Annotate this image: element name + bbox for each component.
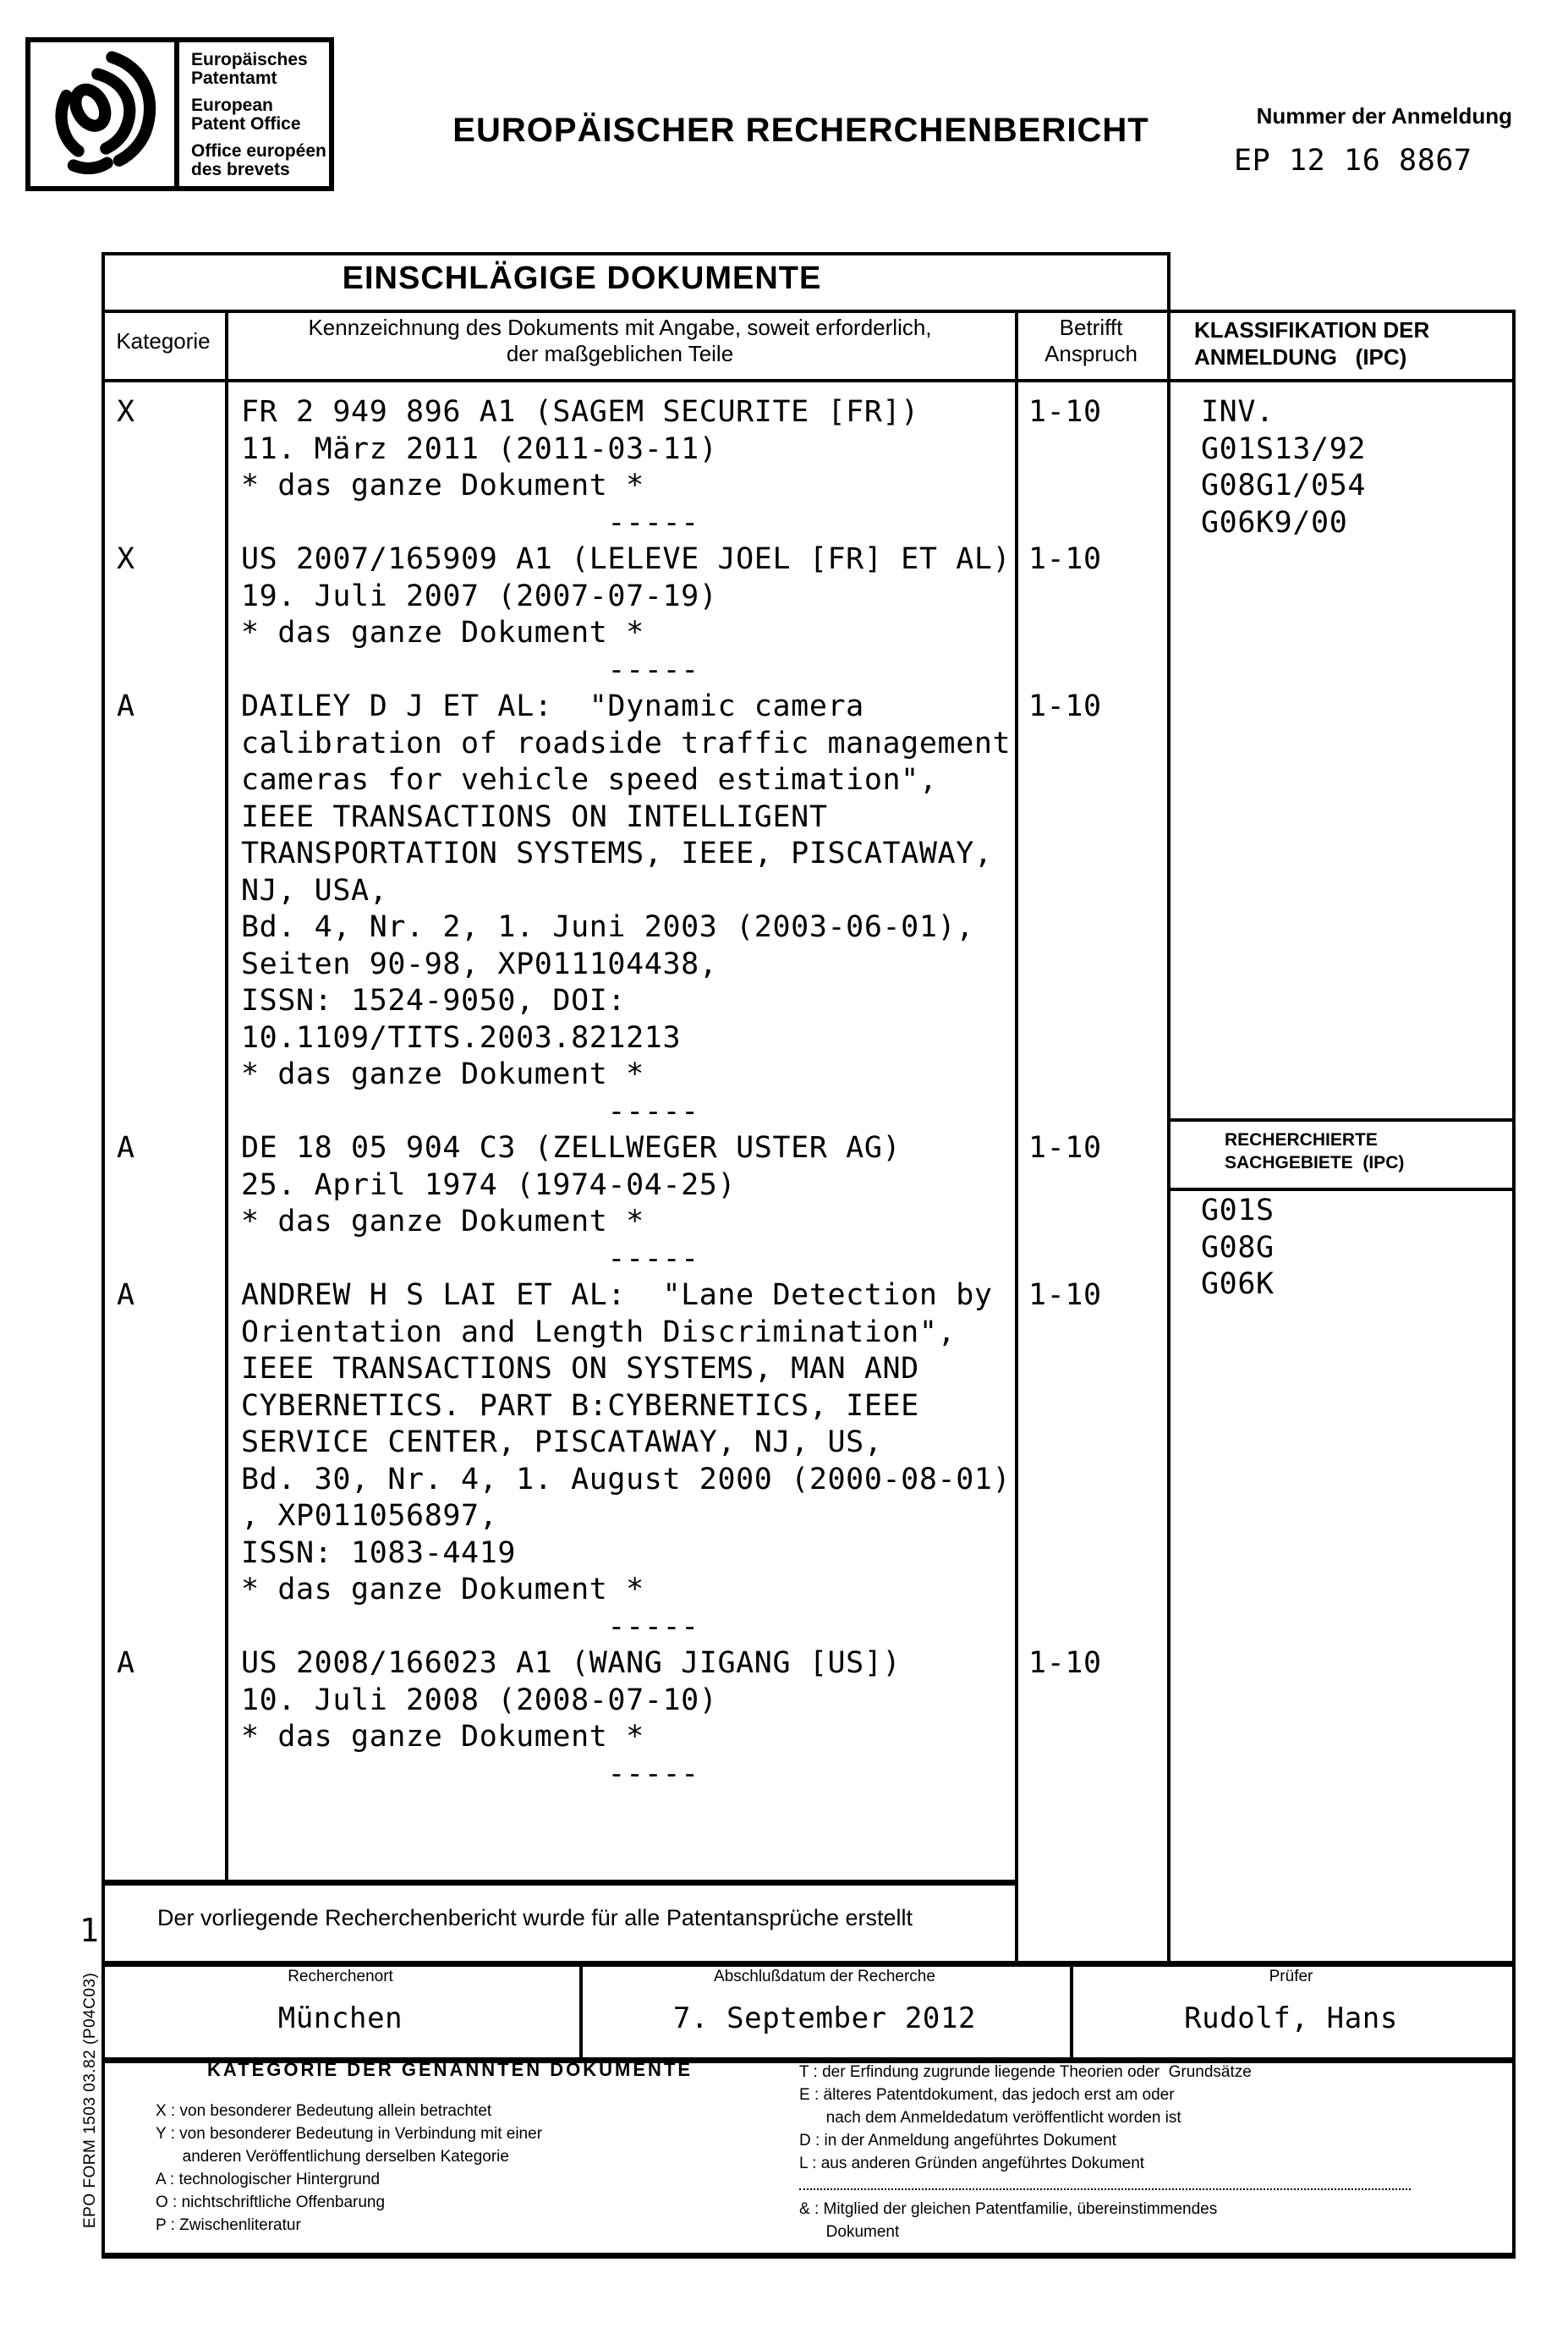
office-name-line: Patentamt	[191, 69, 329, 88]
document-line: US 2007/165909 A1 (LELEVE JOEL [FR] ET A…	[241, 541, 1011, 579]
claims-ref: 1-10	[1028, 1645, 1102, 1683]
document-line: Bd. 30, Nr. 4, 1. August 2000 (2000-08-0…	[241, 1462, 1011, 1499]
search-place-label: Recherchenort	[101, 1968, 579, 1986]
searched-box-bottom-border	[1167, 1188, 1512, 1191]
application-number-label: Nummer der Anmeldung	[1184, 103, 1512, 129]
claims-column-divider	[1015, 310, 1018, 1961]
document-line: * das ganze Dokument *	[241, 468, 1011, 505]
search-report-page: EuropäischesPatentamtEuropeanPatent Offi…	[0, 0, 1568, 2328]
document-line: cameras for vehicle speed estimation",	[241, 762, 1011, 799]
ipc-class-code: G08G	[1201, 1230, 1275, 1267]
category-marker: X	[117, 541, 135, 579]
col-header-claims-line2: Anspruch	[1015, 341, 1167, 367]
application-number: EP 12 16 8867	[1234, 144, 1472, 178]
ipc-class-code: G06K	[1201, 1266, 1275, 1304]
document-line: TRANSPORTATION SYSTEMS, IEEE, PISCATAWAY…	[241, 836, 1011, 873]
document-lines: FR 2 949 896 A1 (SAGEM SECURITE [FR])11.…	[241, 394, 1011, 1793]
legend-item: E : älteres Patentdokument, das jedoch e…	[799, 2084, 1252, 2106]
inv-label: INV.	[1201, 394, 1366, 431]
document-line: 11. März 2011 (2011-03-11)	[241, 431, 1011, 469]
table-bottom-border	[101, 2253, 1516, 2259]
claims-ref: 1-10	[1028, 394, 1102, 431]
content-bottom-border	[101, 1880, 1018, 1886]
document-line: IEEE TRANSACTIONS ON SYSTEMS, MAN AND	[241, 1351, 1011, 1388]
search-place: München	[101, 2001, 579, 2035]
col-header-classification: KLASSIFIKATION DER ANMELDUNG (IPC)	[1194, 316, 1429, 371]
col-header-claims: Betrifft Anspruch	[1015, 315, 1167, 367]
document-line: calibration of roadside traffic manageme…	[241, 726, 1011, 763]
searched-fields-header-line2: SACHGEBIETE (IPC)	[1225, 1151, 1404, 1174]
document-line: FR 2 949 896 A1 (SAGEM SECURITE [FR])	[241, 394, 1011, 431]
category-marker: X	[117, 394, 135, 431]
col-header-classification-line1: KLASSIFIKATION DER	[1194, 316, 1429, 343]
legend-right-items: T : der Erfindung zugrunde liegende Theo…	[799, 2061, 1252, 2243]
category-marker: A	[117, 1645, 135, 1683]
document-line: ANDREW H S LAI ET AL: "Lane Detection by	[241, 1277, 1011, 1315]
claims-ref: 1-10	[1028, 689, 1102, 726]
document-line: DAILEY D J ET AL: "Dynamic camera	[241, 689, 1011, 726]
completion-note: Der vorliegende Recherchenbericht wurde …	[157, 1905, 913, 1931]
legend-heading: KATEGORIE DER GENANNTEN DOKUMENTE	[207, 2059, 693, 2081]
classification-inv-block: INV. G01S13/92G08G1/054G06K9/00	[1201, 394, 1366, 541]
entry-separator: -----	[241, 1094, 1011, 1131]
document-line: * das ganze Dokument *	[241, 1572, 1011, 1609]
classification-column-divider	[1167, 252, 1171, 1961]
col-header-classification-line2: ANMELDUNG (IPC)	[1194, 343, 1429, 371]
col-header-category: Kategorie	[101, 328, 225, 354]
office-name: EuropäischesPatentamt	[191, 51, 329, 88]
document-line: ISSN: 1083-4419	[241, 1535, 1011, 1573]
epo-logo-box: EuropäischesPatentamtEuropeanPatent Offi…	[25, 37, 334, 191]
entry-separator: -----	[241, 505, 1011, 542]
examiner: Rudolf, Hans	[1070, 2001, 1512, 2035]
legend-item: P : Zwischenliteratur	[156, 2214, 542, 2237]
table-top-border	[101, 252, 1171, 255]
document-line: Bd. 4, Nr. 2, 1. Juni 2003 (2003-06-01),	[241, 909, 1011, 947]
category-marker: A	[117, 1277, 135, 1315]
ipc-code: G01S13/92	[1201, 431, 1366, 469]
category-column-divider	[225, 310, 228, 1880]
entry-separator: -----	[241, 1609, 1011, 1646]
searched-codes: G01SG08GG06K	[1201, 1193, 1275, 1304]
legend-item: D : in der Anmeldung angeführtes Dokumen…	[799, 2129, 1252, 2152]
relevant-documents-title: EINSCHLÄGIGE DOKUMENTE	[101, 261, 1062, 297]
sheet-number: 1	[79, 1912, 99, 1949]
document-line: CYBERNETICS. PART B:CYBERNETICS, IEEE	[241, 1388, 1011, 1425]
document-line: 19. Juli 2007 (2007-07-19)	[241, 579, 1011, 616]
legend-item: T : der Erfindung zugrunde liegende Theo…	[799, 2061, 1252, 2084]
office-name-line: des brevets	[191, 161, 329, 179]
category-marker: A	[117, 689, 135, 726]
document-line: * das ganze Dokument *	[241, 1057, 1011, 1094]
document-line: * das ganze Dokument *	[241, 615, 1011, 652]
category-marker: A	[117, 1130, 135, 1167]
document-line: SERVICE CENTER, PISCATAWAY, NJ, US,	[241, 1425, 1011, 1462]
note-row-bottom-border	[101, 1961, 1516, 1967]
document-line: * das ganze Dokument *	[241, 1719, 1011, 1756]
col-header-citation: Kennzeichnung des Dokuments mit Angabe, …	[225, 315, 1015, 367]
document-line: Seiten 90-98, XP011104438,	[241, 947, 1011, 984]
office-name-line: Europäisches	[191, 51, 329, 69]
searched-fields-header: RECHERCHIERTE SACHGEBIETE (IPC)	[1225, 1128, 1404, 1174]
examiner-label: Prüfer	[1070, 1968, 1512, 1986]
document-line: ISSN: 1524-9050, DOI:	[241, 983, 1011, 1020]
legend-divider	[799, 2175, 1252, 2198]
col-header-claims-line1: Betrifft	[1015, 315, 1167, 341]
ipc-code: G08G1/054	[1201, 468, 1366, 505]
document-line: DE 18 05 904 C3 (ZELLWEGER USTER AG)	[241, 1130, 1011, 1167]
legend-left-items: X : von besonderer Bedeutung allein betr…	[156, 2100, 542, 2237]
report-title: EUROPÄISCHER RECHERCHENBERICHT	[304, 112, 1297, 150]
table-right-border	[1512, 310, 1516, 2253]
document-line: 25. April 1974 (1974-04-25)	[241, 1167, 1011, 1205]
form-id: EPO FORM 1503 03.82 (P04C03)	[81, 1973, 100, 2228]
header-row-top-border	[101, 310, 1516, 313]
document-line: , XP011056897,	[241, 1498, 1011, 1535]
legend-item: A : technologischer Hintergrund	[156, 2168, 542, 2191]
document-line: Orientation and Length Discrimination",	[241, 1315, 1011, 1352]
legend-item: nach dem Anmeldedatum veröffentlicht wor…	[799, 2106, 1252, 2129]
legend-item: Dokument	[799, 2221, 1252, 2243]
legend-item: & : Mitglied der gleichen Patentfamilie,…	[799, 2198, 1252, 2221]
document-line: NJ, USA,	[241, 873, 1011, 910]
epo-logo-cell	[30, 42, 179, 186]
table-left-border	[101, 252, 105, 2253]
searched-fields-header-line1: RECHERCHIERTE	[1225, 1128, 1404, 1151]
document-line: IEEE TRANSACTIONS ON INTELLIGENT	[241, 799, 1011, 837]
legend-item: O : nichtschriftliche Offenbarung	[156, 2191, 542, 2214]
header-row-bottom-border	[101, 379, 1516, 382]
entry-separator: -----	[241, 652, 1011, 689]
search-date-label: Abschlußdatum der Recherche	[579, 1968, 1070, 1986]
col-header-citation-line2: der maßgeblichen Teile	[225, 341, 1015, 367]
ipc-class-code: G01S	[1201, 1193, 1275, 1230]
claims-ref: 1-10	[1028, 1277, 1102, 1315]
claims-ref: 1-10	[1028, 541, 1102, 579]
ipc-code: G06K9/00	[1201, 505, 1366, 542]
document-line: US 2008/166023 A1 (WANG JIGANG [US])	[241, 1645, 1011, 1683]
legend-item: Y : von besonderer Bedeutung in Verbindu…	[156, 2122, 542, 2145]
legend-item: L : aus anderen Gründen angeführtes Doku…	[799, 2152, 1252, 2175]
search-date: 7. September 2012	[579, 2001, 1070, 2035]
legend-item: anderen Veröffentlichung derselben Kateg…	[156, 2145, 542, 2168]
col-header-citation-line1: Kennzeichnung des Dokuments mit Angabe, …	[225, 315, 1015, 341]
claims-ref: 1-10	[1028, 1130, 1102, 1167]
entry-separator: -----	[241, 1756, 1011, 1793]
epo-logo-icon	[42, 50, 162, 179]
document-line: 10.1109/TITS.2003.821213	[241, 1020, 1011, 1057]
searched-box-top-border	[1167, 1118, 1512, 1122]
document-line: * das ganze Dokument *	[241, 1204, 1011, 1241]
document-line: 10. Juli 2008 (2008-07-10)	[241, 1683, 1011, 1720]
legend-item: X : von besonderer Bedeutung allein betr…	[156, 2100, 542, 2122]
entry-separator: -----	[241, 1241, 1011, 1278]
